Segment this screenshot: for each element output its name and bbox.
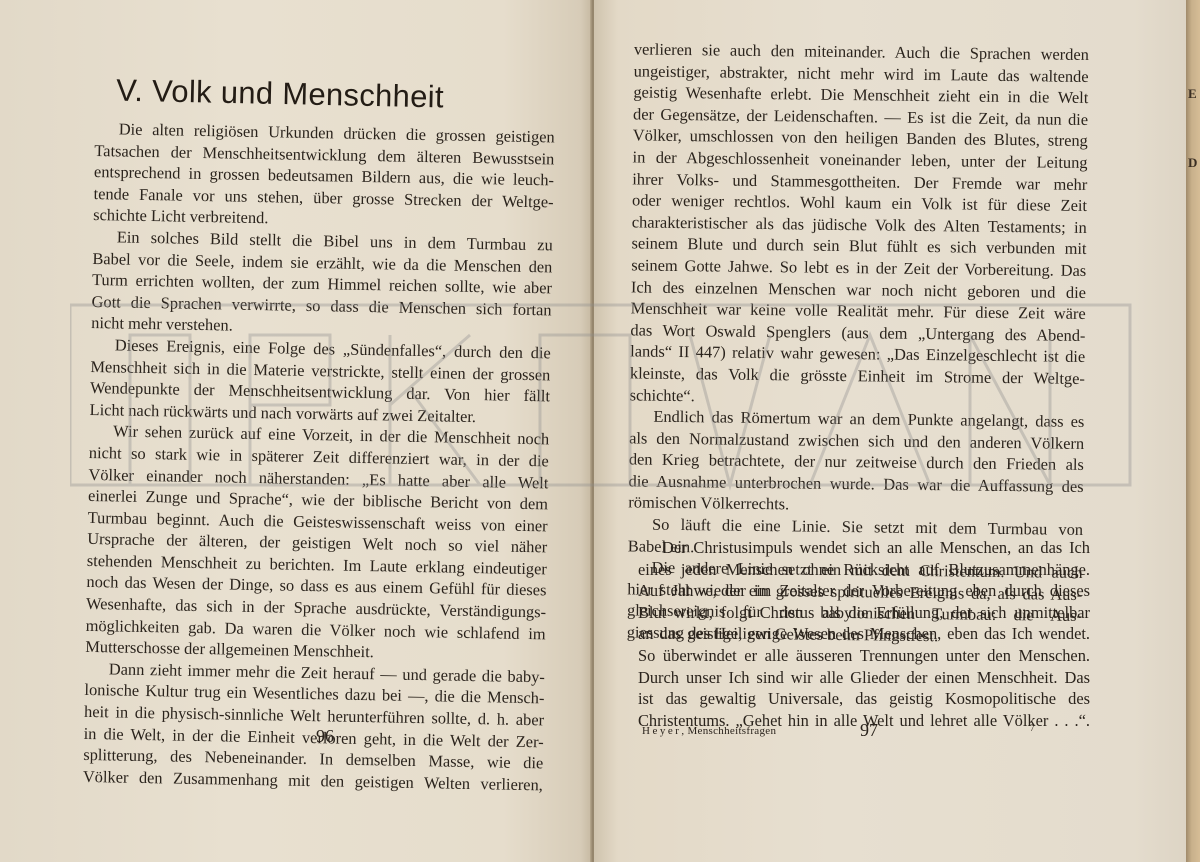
edge-fragment: E xyxy=(1188,86,1197,102)
signature-title: , Menschheitsfragen xyxy=(681,725,776,737)
sheet-signature-number: 7 xyxy=(1030,723,1035,733)
text-line: Durch unser Ich sind wir alle Glieder de… xyxy=(638,667,1090,689)
signature-line: Heyer, Menschheitsfragen xyxy=(642,725,776,737)
open-book-spread: V. Volk und Menschheit Die alten religiö… xyxy=(0,0,1200,862)
edge-fragment: D xyxy=(1188,155,1197,171)
text-line: Blut wirkt, folgt Christus als die Erfül… xyxy=(638,602,1090,624)
text-line: So überwindet er alle äusseren Trennunge… xyxy=(638,645,1090,667)
adjacent-book-edge: E D xyxy=(1186,0,1200,862)
text-line: Der Christusimpuls wendet sich an alle M… xyxy=(638,537,1090,559)
left-page-body: Die alten religiösen Urkunden drücken di… xyxy=(83,118,555,796)
page-number-left: 96 xyxy=(316,726,334,747)
text-line: ist das gewaltig Universale, das geistig… xyxy=(638,688,1090,710)
right-page-body-bottom: Der Christusimpuls wendet sich an alle M… xyxy=(638,537,1090,731)
page-number-right: 97 xyxy=(860,720,878,741)
left-page: V. Volk und Menschheit Die alten religiö… xyxy=(0,0,592,862)
text-line: an das geistige, ewige Wesen des Mensche… xyxy=(638,623,1090,645)
signature-author: Heyer xyxy=(642,725,681,737)
right-page: verlieren sie auch den miteinander. Auch… xyxy=(594,0,1194,862)
text-line: Auf Jahwe, der im Zeitalter der Vorberei… xyxy=(638,580,1090,602)
chapter-title: V. Volk und Menschheit xyxy=(0,70,560,118)
text-line: eines jeden Menschen ohne Rücksicht auf … xyxy=(638,559,1090,581)
